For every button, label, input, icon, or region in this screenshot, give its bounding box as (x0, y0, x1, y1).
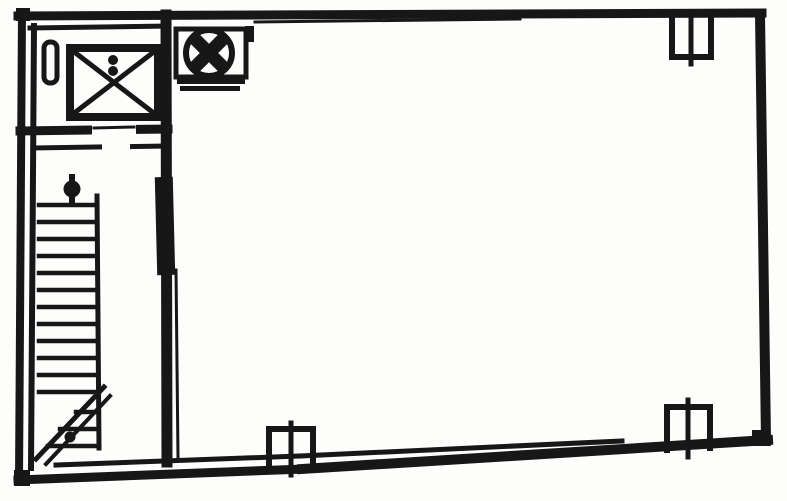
outer-wall-right (760, 14, 766, 441)
scanned-floor-plan-page (0, 0, 787, 501)
corner-blob-bottom-right (752, 430, 770, 446)
stair-west-wall (31, 26, 34, 468)
core-east-wall-face (176, 270, 178, 458)
outer-wall-top-overdraw (255, 19, 520, 22)
corner-blob-bottom-left (14, 470, 30, 486)
stair-north-wall-gap (102, 141, 130, 152)
corner-blob-top-left (16, 8, 30, 21)
elevator-door-gap (92, 122, 136, 138)
fan-label-smudge-2 (180, 86, 240, 91)
elevator-dot-lower (108, 66, 118, 76)
core-east-wall-thick (164, 186, 166, 266)
stair-break-dot (65, 432, 76, 443)
elevator-counterweight (44, 42, 57, 83)
floor-plan-drawing (0, 0, 787, 501)
outer-wall-left (19, 12, 22, 481)
stair-north-wall (33, 146, 165, 148)
elevator-room-north-wall (30, 26, 168, 28)
outer-wall-top (18, 13, 762, 16)
fan-label-smudge-1 (177, 78, 245, 84)
elevator-door-line (94, 127, 134, 128)
top-wall-stub (245, 26, 254, 42)
stair-newel (64, 181, 81, 198)
elevator-dot-upper (108, 55, 118, 65)
outer-wall-bottom-left (18, 469, 304, 480)
